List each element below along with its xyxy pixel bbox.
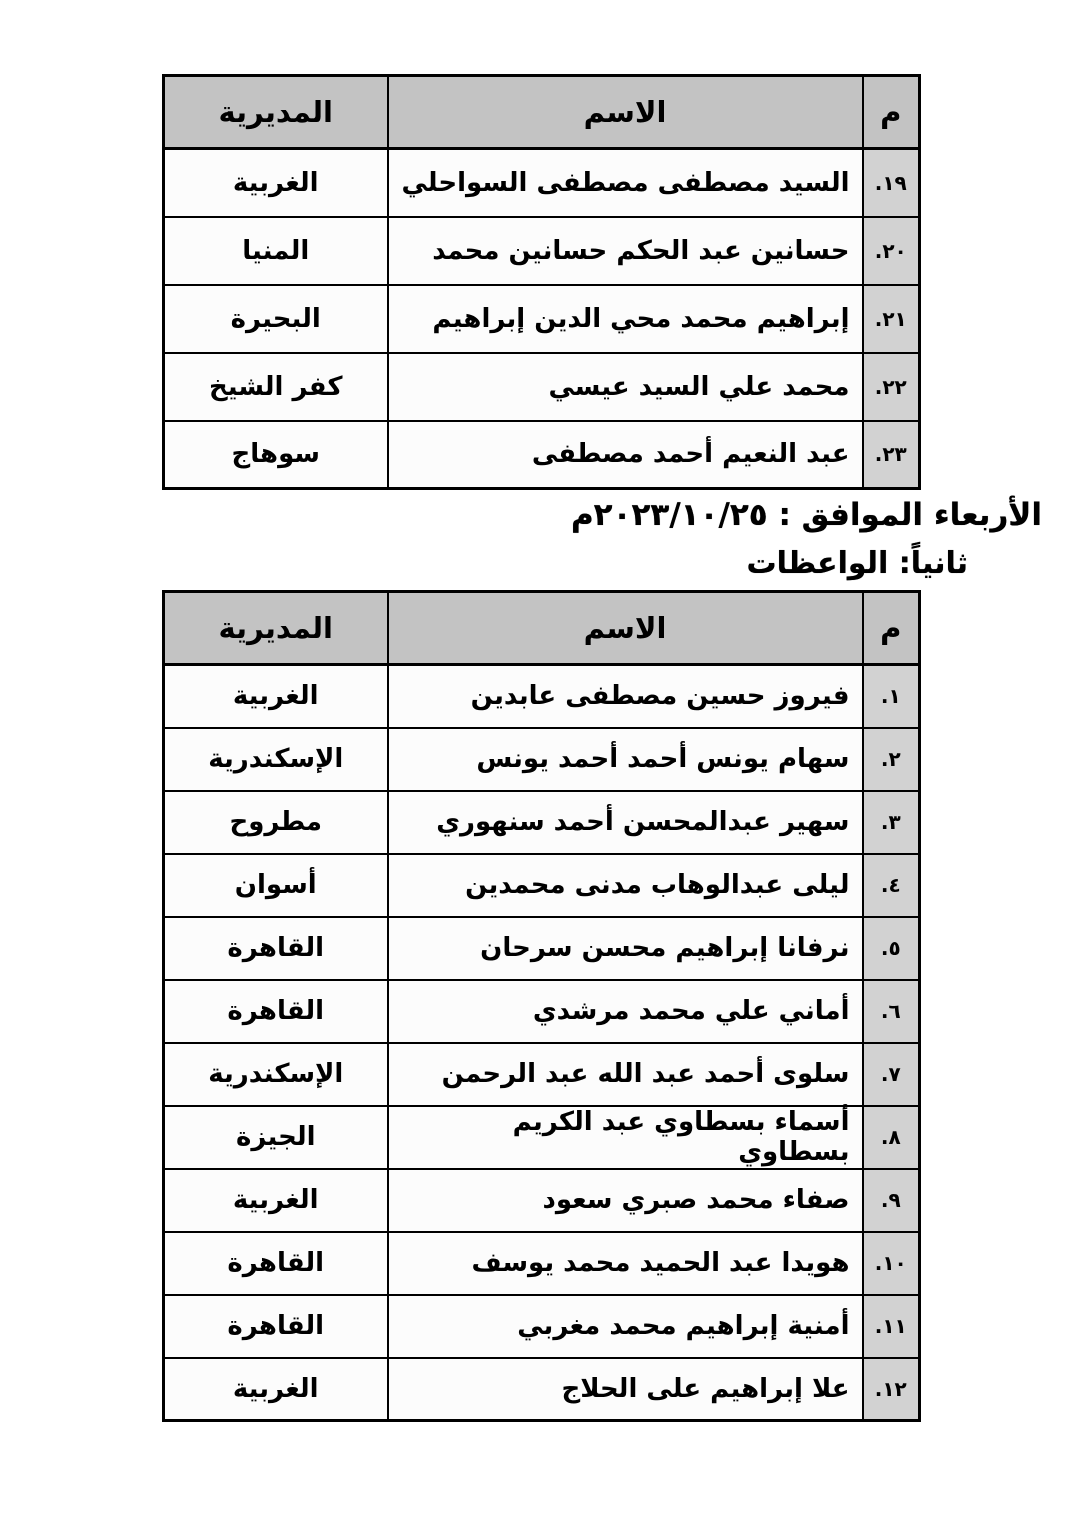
column-header-number: م [863,592,920,665]
table-row: ٧.سلوى أحمد عبد الله عبد الرحمنالإسكندري… [164,1043,920,1106]
table-row: ٢٣.عبد النعيم أحمد مصطفىسوهاج [164,421,920,489]
table-row: ٥.نرفانا إبراهيم محسن سرحانالقاهرة [164,917,920,980]
table-body: ١٩.السيد مصطفى مصطفى السواحليالغربية٢٠.ح… [164,149,920,489]
row-number-cell: ١٠. [863,1232,920,1295]
date-heading: الأربعاء الموافق : ٢٠٢٣/١٠/٢٥م [571,497,1042,533]
name-cell: أمنية إبراهيم محمد مغربي [388,1295,863,1358]
name-cell: ليلى عبدالوهاب مدنى محمدين [388,854,863,917]
directorate-cell: الغربية [164,665,388,728]
table-row: ٢.سهام يونس أحمد أحمد يونسالإسكندرية [164,728,920,791]
table-row: ٣.سهير عبدالمحسن أحمد سنهوريمطروح [164,791,920,854]
name-cell: سهير عبدالمحسن أحمد سنهوري [388,791,863,854]
column-header-directorate: المديرية [164,592,388,665]
row-number-cell: ٧. [863,1043,920,1106]
directorate-cell: المنيا [164,217,388,285]
column-header-name: الاسم [388,76,863,149]
table-row: ٢٢.محمد علي السيد عيسيكفر الشيخ [164,353,920,421]
column-header-number: م [863,76,920,149]
directorate-cell: القاهرة [164,1295,388,1358]
directorate-cell: الغربية [164,1358,388,1421]
table-row: ١.فيروز حسين مصطفى عابدينالغربية [164,665,920,728]
row-number-cell: ٥. [863,917,920,980]
row-number-cell: ٣. [863,791,920,854]
name-cell: السيد مصطفى مصطفى السواحلي [388,149,863,217]
table-row: ٦.أماني علي محمد مرشديالقاهرة [164,980,920,1043]
row-number-cell: ٦. [863,980,920,1043]
table-row: ١٩.السيد مصطفى مصطفى السواحليالغربية [164,149,920,217]
table-row: ١٢.علا إبراهيم على الحلاجالغربية [164,1358,920,1421]
table-row: ٩.صفاء محمد صبري سعودالغربية [164,1169,920,1232]
directorate-cell: القاهرة [164,1232,388,1295]
name-cell: محمد علي السيد عيسي [388,353,863,421]
row-number-cell: ١٩. [863,149,920,217]
name-cell: هويدا عبد الحميد محمد يوسف [388,1232,863,1295]
directorate-cell: أسوان [164,854,388,917]
row-number-cell: ٩. [863,1169,920,1232]
header-row: م الاسم المديرية [164,592,920,665]
name-cell: أسماء بسطاوي عبد الكريم بسطاوي [388,1106,863,1169]
name-cell: صفاء محمد صبري سعود [388,1169,863,1232]
name-cell: سلوى أحمد عبد الله عبد الرحمن [388,1043,863,1106]
row-number-cell: ١. [863,665,920,728]
table-row: ٢١.إبراهيم محمد محي الدين إبراهيمالبحيرة [164,285,920,353]
row-number-cell: ٢٠. [863,217,920,285]
table-header: م الاسم المديرية [164,592,920,665]
name-cell: عبد النعيم أحمد مصطفى [388,421,863,489]
roster-table-preachers: م الاسم المديرية ١٩.السيد مصطفى مصطفى ال… [162,74,921,490]
name-cell: حسانين عبد الحكم حسانين محمد [388,217,863,285]
section-heading: ثانياً: الواعظات [746,546,968,581]
directorate-cell: كفر الشيخ [164,353,388,421]
table-row: ١٠.هويدا عبد الحميد محمد يوسفالقاهرة [164,1232,920,1295]
table-header: م الاسم المديرية [164,76,920,149]
directorate-cell: الجيزة [164,1106,388,1169]
directorate-cell: الغربية [164,1169,388,1232]
roster-table-female-preachers: م الاسم المديرية ١.فيروز حسين مصطفى عابد… [162,590,921,1422]
table-row: ٨.أسماء بسطاوي عبد الكريم بسطاويالجيزة [164,1106,920,1169]
document-page: م الاسم المديرية ١٩.السيد مصطفى مصطفى ال… [0,0,1080,1527]
row-number-cell: ٢٣. [863,421,920,489]
name-cell: فيروز حسين مصطفى عابدين [388,665,863,728]
directorate-cell: البحيرة [164,285,388,353]
name-cell: أماني علي محمد مرشدي [388,980,863,1043]
table-row: ٤.ليلى عبدالوهاب مدنى محمدينأسوان [164,854,920,917]
directorate-cell: سوهاج [164,421,388,489]
column-header-name: الاسم [388,592,863,665]
directorate-cell: الإسكندرية [164,728,388,791]
name-cell: إبراهيم محمد محي الدين إبراهيم [388,285,863,353]
name-cell: نرفانا إبراهيم محسن سرحان [388,917,863,980]
name-cell: سهام يونس أحمد أحمد يونس [388,728,863,791]
row-number-cell: ١١. [863,1295,920,1358]
row-number-cell: ٢١. [863,285,920,353]
row-number-cell: ٨. [863,1106,920,1169]
directorate-cell: مطروح [164,791,388,854]
table-row: ١١.أمنية إبراهيم محمد مغربيالقاهرة [164,1295,920,1358]
row-number-cell: ٢. [863,728,920,791]
name-cell: علا إبراهيم على الحلاج [388,1358,863,1421]
table-body: ١.فيروز حسين مصطفى عابدينالغربية٢.سهام ي… [164,665,920,1421]
directorate-cell: الإسكندرية [164,1043,388,1106]
header-row: م الاسم المديرية [164,76,920,149]
directorate-cell: الغربية [164,149,388,217]
directorate-cell: القاهرة [164,980,388,1043]
row-number-cell: ٤. [863,854,920,917]
table-row: ٢٠.حسانين عبد الحكم حسانين محمدالمنيا [164,217,920,285]
directorate-cell: القاهرة [164,917,388,980]
row-number-cell: ٢٢. [863,353,920,421]
column-header-directorate: المديرية [164,76,388,149]
row-number-cell: ١٢. [863,1358,920,1421]
